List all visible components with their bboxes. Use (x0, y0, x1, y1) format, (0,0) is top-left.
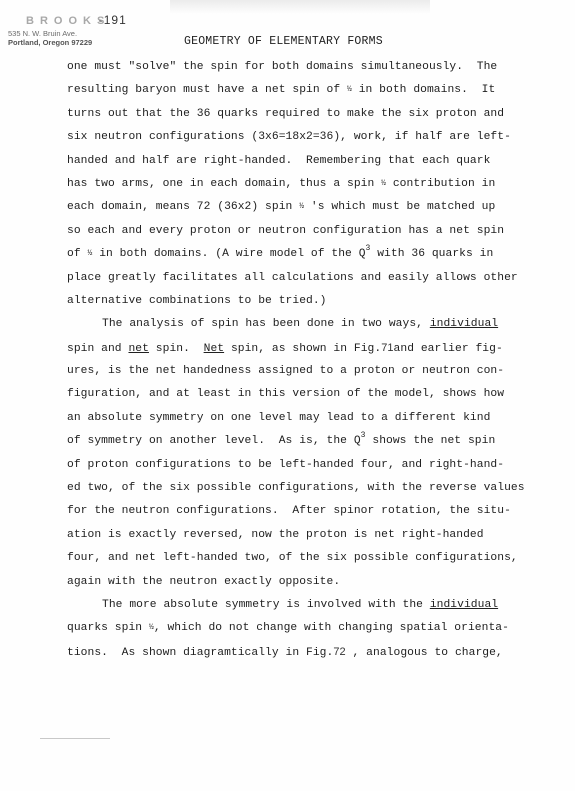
text-segment: of proton configurations to be left-hand… (67, 459, 504, 471)
body-text: one must "solve" the spin for both domai… (67, 56, 537, 664)
text-segment: ures, is the net handedness assigned to … (67, 365, 504, 377)
text-segment: contribution in (386, 178, 495, 190)
text-line: The more absolute symmetry is involved w… (67, 594, 537, 617)
text-segment: with 36 quarks in (370, 248, 493, 260)
underlined-term: Net (204, 343, 225, 355)
text-segment: and earlier fig- (394, 343, 503, 355)
text-line: ed two, of the six possible configuratio… (67, 477, 537, 500)
text-segment: spin. (149, 343, 204, 355)
text-line: ures, is the net handedness assigned to … (67, 360, 537, 383)
text-line: figuration, and at least in this version… (67, 383, 537, 406)
document-page: BROOKS -191 535 N. W. Bruin Ave. Portlan… (0, 0, 575, 791)
underlined-term: individual (430, 599, 498, 611)
text-segment: turns out that the 36 quarks required to… (67, 108, 504, 120)
text-segment: place greatly facilitates all calculatio… (67, 272, 518, 284)
text-segment: spin and (67, 343, 128, 355)
text-line: has two arms, one in each domain, thus a… (67, 173, 537, 196)
text-line: resulting baryon must have a net spin of… (67, 79, 537, 102)
text-segment: ed two, of the six possible configuratio… (67, 482, 525, 494)
text-segment: has two arms, one in each domain, thus a… (67, 178, 381, 190)
text-segment: , analogous to charge, (346, 647, 503, 659)
text-line: one must "solve" the spin for both domai… (67, 56, 537, 79)
fraction-half: ½ (88, 242, 93, 265)
text-segment: an absolute symmetry on one level may le… (67, 412, 490, 424)
text-segment: in both domains. (A wire model of the Q (92, 248, 365, 260)
text-line: four, and net left-handed two, of the si… (67, 547, 537, 570)
scan-mark (40, 738, 110, 739)
fraction-half: ½ (347, 78, 352, 101)
text-line: quarks spin ½, which do not change with … (67, 617, 537, 640)
fraction-half: ½ (149, 616, 154, 639)
text-segment: , which do not change with changing spat… (154, 622, 509, 634)
text-line: The analysis of spin has been done in tw… (67, 313, 537, 336)
text-segment: figuration, and at least in this version… (67, 388, 504, 400)
text-segment: six neutron configurations (3x6=18x2=36)… (67, 131, 511, 143)
text-segment: The analysis of spin has been done in tw… (102, 318, 430, 330)
text-line: place greatly facilitates all calculatio… (67, 267, 537, 290)
text-segment: shows the net spin (366, 435, 496, 447)
text-line: tions. As shown diagramtically in Fig.72… (67, 641, 537, 664)
text-line: of symmetry on another level. As is, the… (67, 430, 537, 453)
page-title: GEOMETRY OF ELEMENTARY FORMS (184, 35, 383, 48)
text-segment: again with the neutron exactly opposite. (67, 576, 340, 588)
text-segment: handed and half are right-handed. Rememb… (67, 155, 490, 167)
text-segment: of symmetry on another level. As is, the… (67, 435, 361, 447)
text-segment: four, and net left-handed two, of the si… (67, 552, 518, 564)
text-segment: for the neutron configurations. After sp… (67, 505, 511, 517)
text-segment: of (67, 248, 88, 260)
text-line: of proton configurations to be left-hand… (67, 454, 537, 477)
fraction-half: ½ (381, 172, 386, 195)
text-line: of ½ in both domains. (A wire model of t… (67, 243, 537, 266)
underlined-term: net (128, 343, 149, 355)
text-line: each domain, means 72 (36x2) spin ½ 's w… (67, 196, 537, 219)
text-segment: in both domains. It (352, 84, 495, 96)
handwritten-figure-number: 72 (333, 646, 345, 658)
text-segment: resulting baryon must have a net spin of (67, 84, 347, 96)
text-segment: alternative combinations to be tried.) (67, 295, 327, 307)
scan-smudge (170, 0, 430, 14)
text-line: six neutron configurations (3x6=18x2=36)… (67, 126, 537, 149)
text-segment: one must "solve" the spin for both domai… (67, 61, 497, 73)
text-line: ation is exactly reversed, now the proto… (67, 524, 537, 547)
text-line: again with the neutron exactly opposite. (67, 571, 537, 594)
text-segment: ation is exactly reversed, now the proto… (67, 529, 484, 541)
underlined-term: individual (430, 318, 498, 330)
fraction-half: ½ (299, 195, 304, 218)
stamp-address: 535 N. W. Bruin Ave. (8, 29, 127, 38)
text-segment: tions. As shown diagramtically in Fig. (67, 647, 333, 659)
stamp-city: Portland, Oregon 97229 (8, 38, 127, 47)
text-line: handed and half are right-handed. Rememb… (67, 150, 537, 173)
text-segment: each domain, means 72 (36x2) spin (67, 201, 299, 213)
text-segment: spin, as shown in Fig. (224, 343, 381, 355)
text-line: for the neutron configurations. After sp… (67, 500, 537, 523)
text-line: turns out that the 36 quarks required to… (67, 103, 537, 126)
text-segment: quarks spin (67, 622, 149, 634)
text-line: alternative combinations to be tried.) (67, 290, 537, 313)
text-line: an absolute symmetry on one level may le… (67, 407, 537, 430)
text-line: so each and every proton or neutron conf… (67, 220, 537, 243)
text-segment: The more absolute symmetry is involved w… (102, 599, 430, 611)
text-line: spin and net spin. Net spin, as shown in… (67, 337, 537, 360)
stamp-name: BROOKS (26, 15, 110, 27)
address-stamp: BROOKS -191 535 N. W. Bruin Ave. Portlan… (8, 11, 127, 47)
text-segment: so each and every proton or neutron conf… (67, 225, 504, 237)
handwritten-figure-number: 71 (381, 342, 393, 354)
text-segment: 's which must be matched up (304, 201, 495, 213)
